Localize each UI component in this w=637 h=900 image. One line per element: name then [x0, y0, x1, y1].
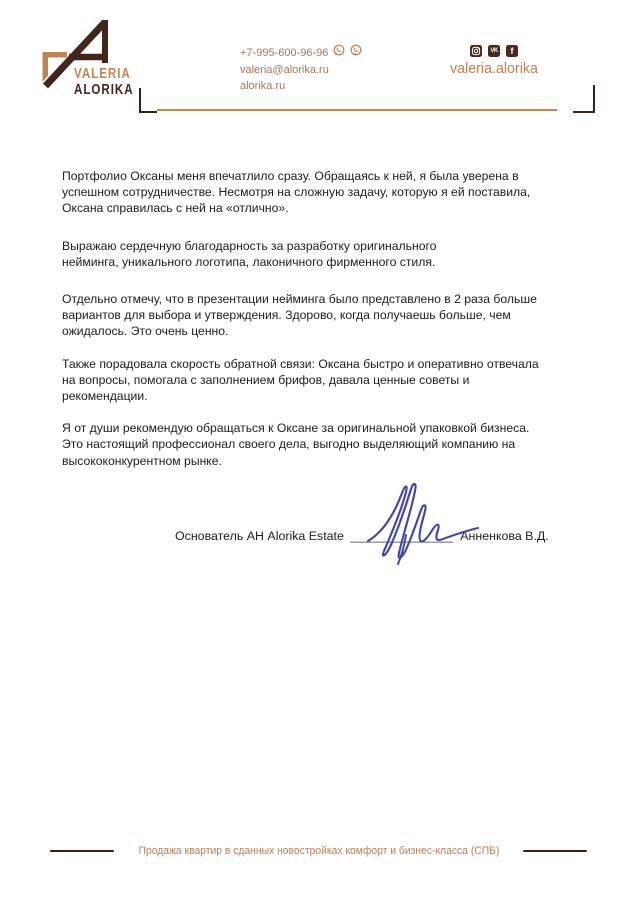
header-divider-line: [157, 109, 557, 111]
social-handle: valeria.alorika: [441, 60, 547, 77]
contact-website: alorika.ru: [240, 78, 362, 95]
signature-line: ______________: [350, 529, 453, 543]
footer: Продажа квартир в сданных новостройках к…: [0, 845, 637, 857]
paragraph-4: Также порадовала скорость обратной связи…: [62, 356, 602, 405]
footer-right-line: [523, 850, 587, 852]
viber-icon: [350, 44, 362, 62]
paragraph-3: Отдельно отмечу, что в презентации нейми…: [62, 291, 602, 340]
signatory-role: Основатель АН Alorika Estate: [175, 529, 344, 543]
instagram-icon: [470, 45, 482, 57]
contact-block: +7-995-600-96-96 valeria@alorika.ru alor…: [240, 44, 362, 95]
footer-tagline: Продажа квартир в сданных новостройках к…: [138, 845, 499, 857]
facebook-icon: f: [506, 45, 518, 57]
paragraph-5: Я от души рекомендую обращаться к Оксане…: [62, 420, 602, 469]
paragraph-1: Портфолио Оксаны меня впечатлило сразу. …: [62, 168, 602, 217]
handwritten-signature: [354, 477, 489, 565]
divider-right-bracket: [573, 85, 595, 113]
letter-page: VALERIA ALORIKA +7-995-600-96-96 valeria…: [0, 0, 637, 900]
signature-row: Основатель АН Alorika Estate ___________…: [175, 529, 549, 543]
contact-email: valeria@alorika.ru: [240, 62, 362, 79]
phone-number: +7-995-600-96-96: [240, 45, 328, 62]
brand-name-line2: ALORIKA: [74, 82, 134, 98]
whatsapp-icon: [333, 44, 345, 62]
vk-icon: VK: [488, 45, 500, 57]
footer-left-line: [50, 850, 114, 852]
divider-left-bracket: [139, 88, 157, 113]
brand-name-line1: VALERIA: [74, 66, 131, 82]
letter-text: Портфолио Оксаны меня впечатлило сразу. …: [62, 168, 602, 485]
signatory-name: Анненкова В.Д.: [460, 529, 548, 543]
social-block: VK f valeria.alorika: [438, 45, 550, 77]
paragraph-2: Выражаю сердечную благодарность за разра…: [62, 238, 602, 270]
